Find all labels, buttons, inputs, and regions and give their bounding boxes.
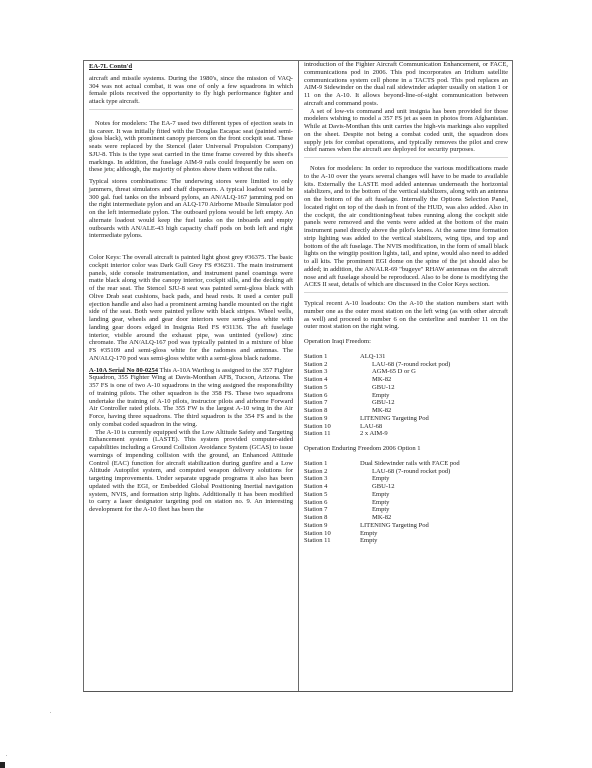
station-label: Station 5	[304, 384, 360, 392]
station-row: Station 8MK-82	[304, 407, 450, 415]
station-row: Station 6Empty	[304, 392, 450, 400]
station-row: Station 5GBU-12	[304, 384, 450, 392]
station-row: Station 2LAU-68 (7-round rocket pod)	[304, 468, 460, 476]
station-label: Station 9	[304, 415, 360, 423]
a10-serial-heading: A-10A Serial No 80-0254	[89, 367, 158, 374]
station-load: Empty	[360, 530, 460, 538]
station-row: Station 10LAU-68	[304, 423, 450, 431]
station-label: Station 6	[304, 392, 360, 400]
station-row: Station 4GBU-12	[304, 483, 460, 491]
station-row: Station 9LITENING Targeting Pod	[304, 415, 450, 423]
station-label: Station 7	[304, 506, 360, 514]
station-label: Station 1	[304, 460, 360, 468]
station-label: Station 8	[304, 514, 360, 522]
station-load: Empty	[360, 537, 460, 545]
station-row: Station 9LITENING Targeting Pod	[304, 522, 460, 530]
station-row: Station 6Empty	[304, 499, 460, 507]
faint-divider	[304, 292, 508, 293]
station-load: AGM-65 D or G	[360, 368, 450, 376]
station-label: Station 4	[304, 376, 360, 384]
station-label: Station 10	[304, 423, 360, 431]
station-label: Station 3	[304, 475, 360, 483]
station-row: Station 10Empty	[304, 530, 460, 538]
station-row: Station 7GBU-12	[304, 399, 450, 407]
left-column: EA-7L Contn'd aircraft and missile syste…	[89, 61, 293, 514]
station-load: LAU-68 (7-round rocket pod)	[360, 468, 460, 476]
station-row: Station 4MK-82	[304, 376, 450, 384]
paragraph-low-vis: A set of low-vis command and unit insign…	[304, 108, 508, 155]
station-load: GBU-12	[360, 483, 460, 491]
station-label: Station 6	[304, 499, 360, 507]
station-label: Station 2	[304, 468, 360, 476]
paragraph-stores: Typical stores combinations: The underwi…	[89, 178, 293, 240]
column-divider	[298, 61, 299, 691]
station-load: GBU-12	[360, 399, 450, 407]
paragraph-color-keys: Color Keys: The overall aircraft is pain…	[89, 254, 293, 363]
paragraph-female-pilots: aircraft and missile systems. During the…	[89, 75, 293, 106]
station-row: Station 8MK-82	[304, 514, 460, 522]
station-row: Station 11Empty	[304, 537, 460, 545]
station-load: MK-82	[360, 407, 450, 415]
paragraph-a10-modeler-notes: Notes for modelers: In order to reproduc…	[304, 165, 508, 289]
paragraph-laste: The A-10 is currently equipped with the …	[89, 429, 293, 514]
station-load: LITENING Targeting Pod	[360, 522, 460, 530]
loadout-title-oef: Operation Enduring Freedom 2006 Option 1	[304, 445, 508, 453]
scan-corner-mark	[0, 762, 5, 768]
faint-divider	[304, 157, 508, 158]
station-label: Station 10	[304, 530, 360, 538]
station-load: GBU-12	[360, 384, 450, 392]
station-label: Station 7	[304, 399, 360, 407]
faint-divider	[89, 109, 293, 110]
station-label: Station 8	[304, 407, 360, 415]
station-load: LAU-68 (7-round rocket pod)	[360, 361, 450, 369]
station-label: Station 1	[304, 353, 360, 361]
paragraph-a10-serial: A-10A Serial No 80-0254 This A-10A Warth…	[89, 367, 293, 429]
station-row: Station 7Empty	[304, 506, 460, 514]
station-label: Station 3	[304, 368, 360, 376]
station-label: Station 5	[304, 491, 360, 499]
station-row: Station 112 x AIM-9	[304, 430, 450, 438]
paragraph-ejection-seats: Notes for modelers: The EA-7 used two di…	[89, 120, 293, 174]
paragraph-loadouts-intro: Typical recent A-10 loadouts: On the A-1…	[304, 300, 508, 331]
scan-speck	[50, 712, 51, 713]
scan-speck	[6, 755, 7, 756]
station-load: Dual Sidewinder rails with FACE pod	[360, 460, 460, 468]
station-row: Station 5Empty	[304, 491, 460, 499]
station-load: MK-82	[360, 376, 450, 384]
station-row: Station 1ALQ-131	[304, 353, 450, 361]
station-row: Station 3Empty	[304, 475, 460, 483]
a10-serial-text: This A-10A Warthog is assigned to the 35…	[89, 367, 293, 428]
station-label: Station 11	[304, 537, 360, 545]
station-load: Empty	[360, 499, 460, 507]
station-row: Station 1Dual Sidewinder rails with FACE…	[304, 460, 460, 468]
station-load: Empty	[360, 491, 460, 499]
station-load: Empty	[360, 392, 450, 400]
loadout-table-oef: Station 1Dual Sidewinder rails with FACE…	[304, 460, 460, 545]
station-label: Station 11	[304, 430, 360, 438]
station-load: Empty	[360, 506, 460, 514]
station-row: Station 3AGM-65 D or G	[304, 368, 450, 376]
station-label: Station 9	[304, 522, 360, 530]
loadout-title-oif: Operation Iraqi Freedom:	[304, 338, 508, 346]
document-frame: EA-7L Contn'd aircraft and missile syste…	[83, 60, 513, 692]
station-load: MK-82	[360, 514, 460, 522]
station-label: Station 4	[304, 483, 360, 491]
station-load: ALQ-131	[360, 353, 450, 361]
paragraph-face-pod: introduction of the Fighter Aircraft Com…	[304, 61, 508, 108]
station-row: Station 2LAU-68 (7-round rocket pod)	[304, 361, 450, 369]
station-load: Empty	[360, 475, 460, 483]
section-heading: EA-7L Contn'd	[89, 63, 293, 71]
station-label: Station 2	[304, 361, 360, 369]
right-column: introduction of the Fighter Aircraft Com…	[304, 61, 508, 545]
station-load: 2 x AIM-9	[360, 430, 450, 438]
station-load: LITENING Targeting Pod	[360, 415, 450, 423]
loadout-table-oif: Station 1ALQ-131Station 2LAU-68 (7-round…	[304, 353, 450, 438]
station-load: LAU-68	[360, 423, 450, 431]
